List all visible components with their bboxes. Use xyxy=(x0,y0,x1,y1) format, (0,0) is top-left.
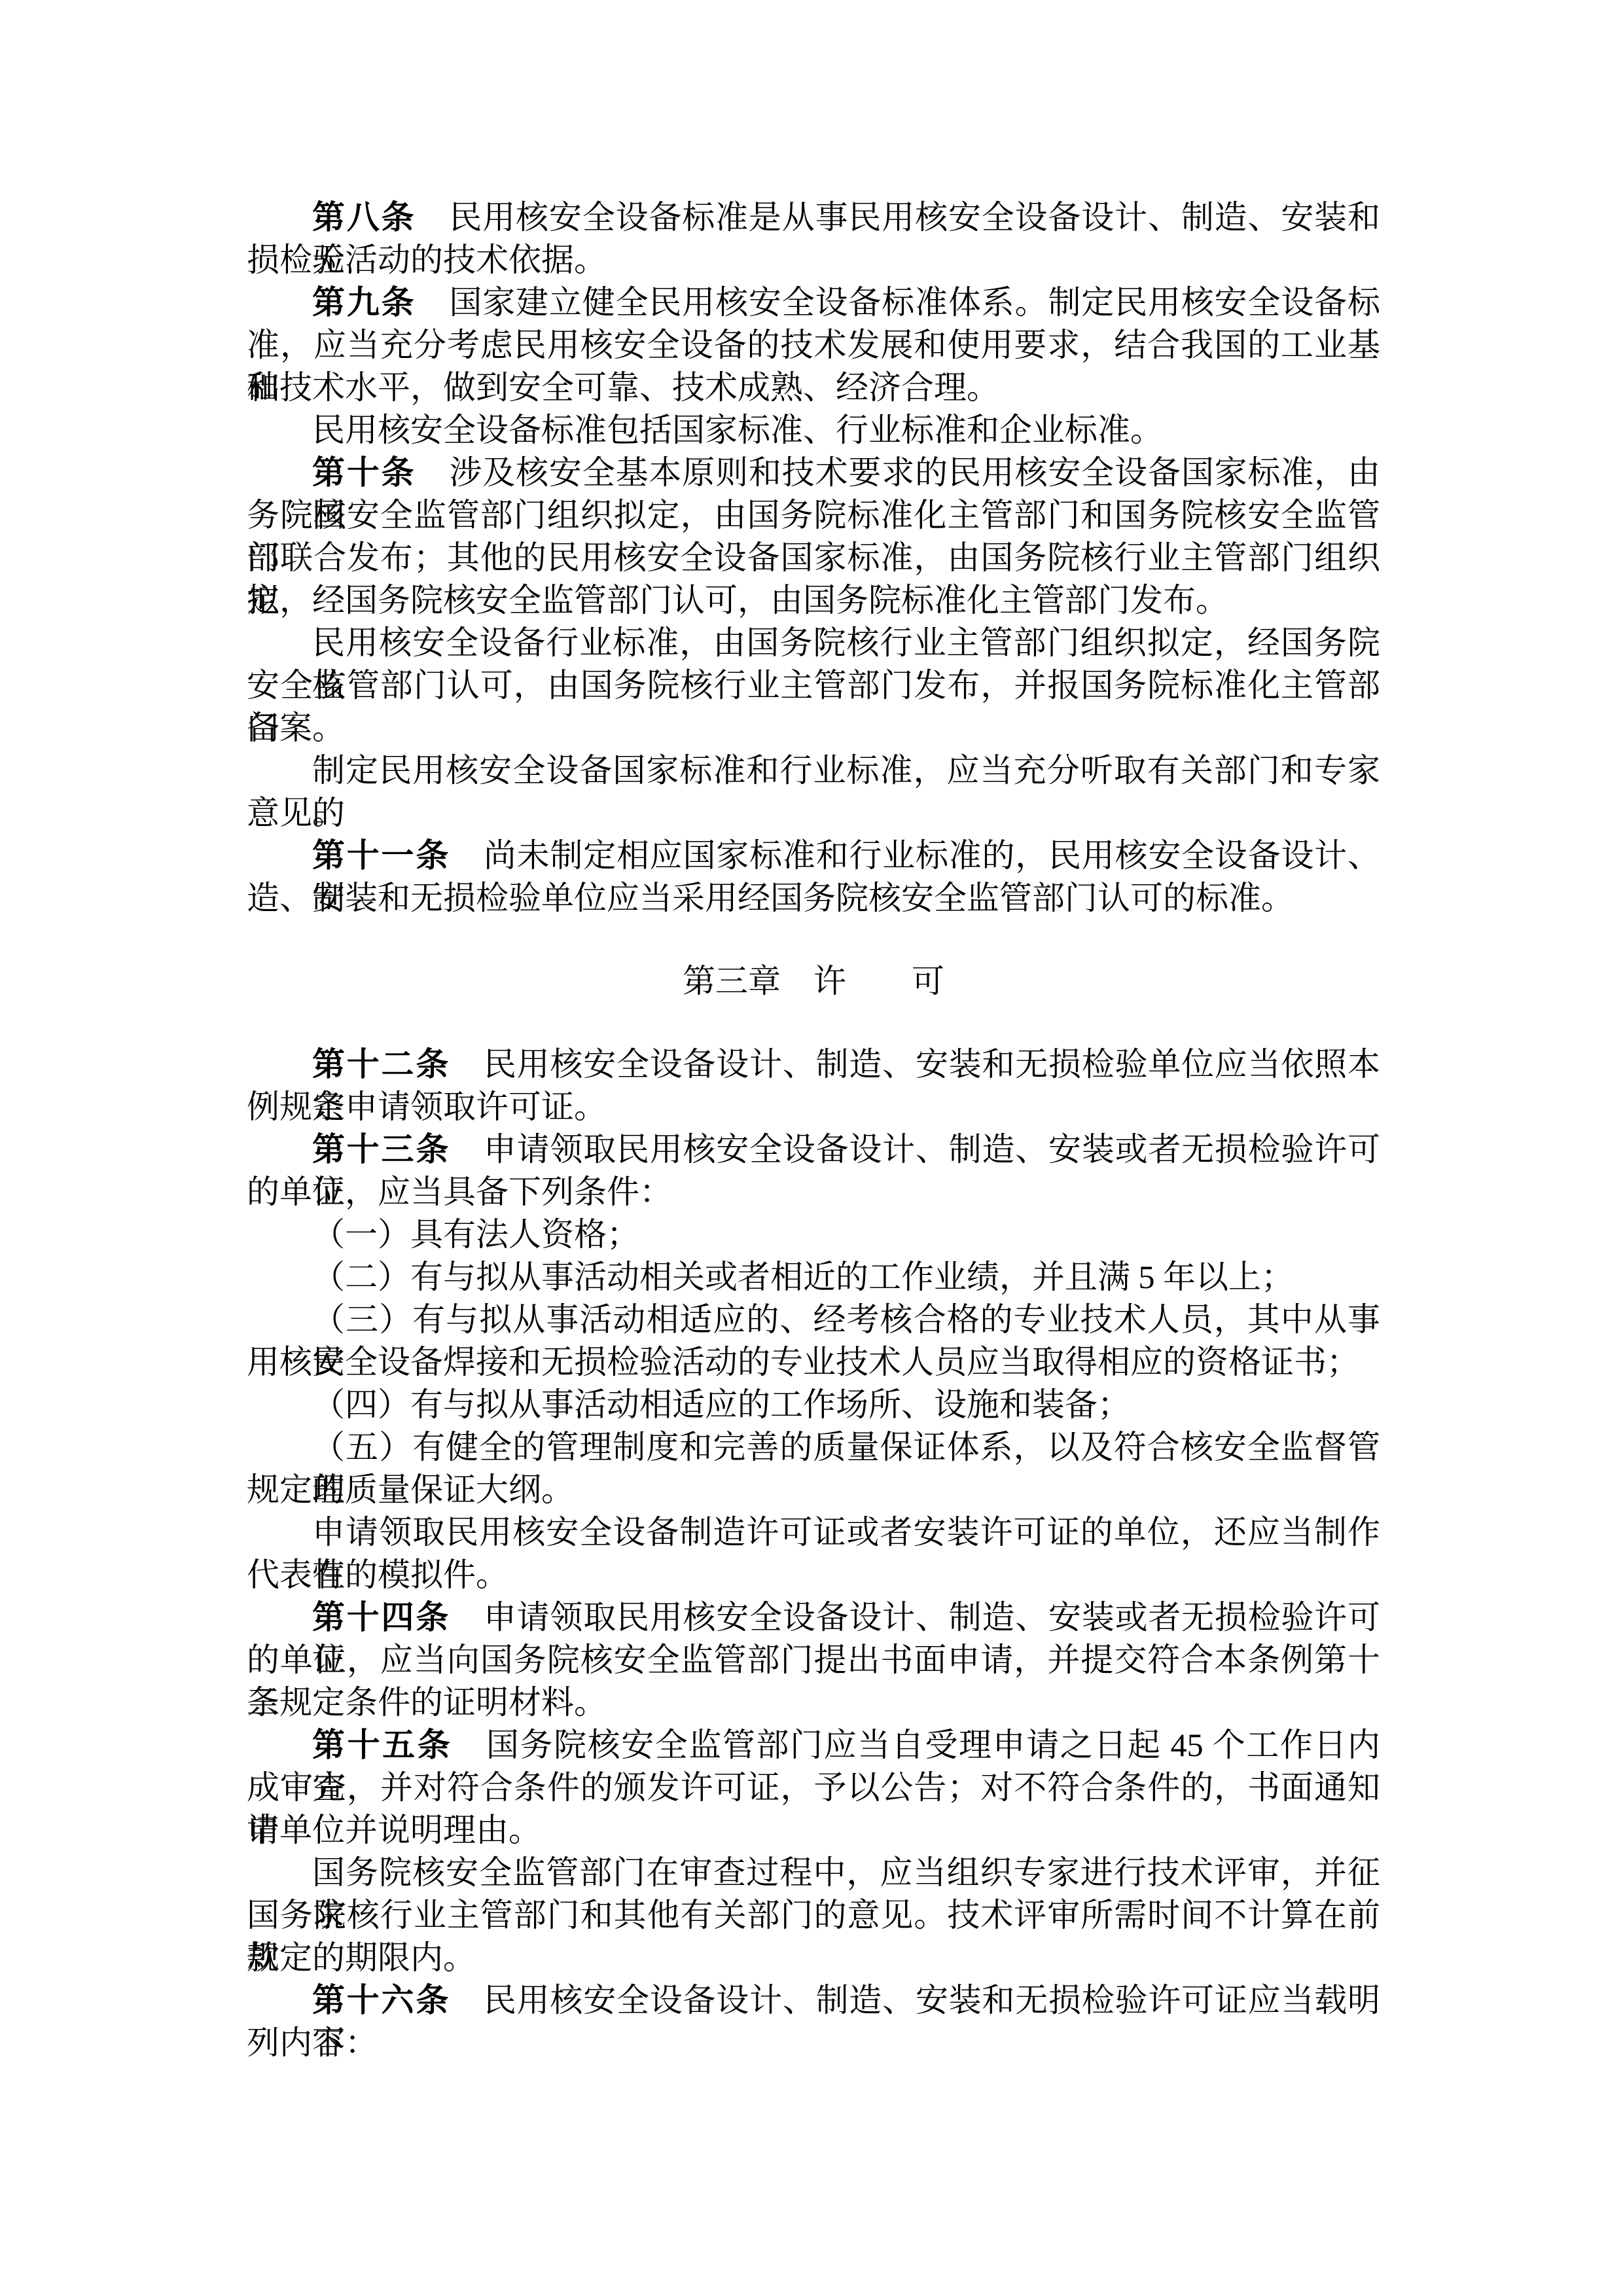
document-line: （二）有与拟从事活动相关或者相近的工作业绩，并且满 5 年以上； xyxy=(247,1256,1380,1299)
document-line: 定，经国务院核安全监管部门认可，由国务院标准化主管部门发布。 xyxy=(247,579,1380,622)
article-number: 第十条 xyxy=(312,454,416,491)
document-line: 代表性的模拟件。 xyxy=(247,1554,1380,1596)
document-line: 条规定条件的证明材料。 xyxy=(247,1681,1380,1724)
document-line: 请单位并说明理由。 xyxy=(247,1809,1380,1852)
article-paragraph-line: 第十三条 申请领取民用核安全设备设计、制造、安装或者无损检验许可证 xyxy=(247,1128,1380,1171)
article-number: 第八条 xyxy=(312,199,416,236)
document-line: 制定民用核安全设备国家标准和行业标准，应当充分听取有关部门和专家的 xyxy=(247,749,1380,792)
document-line: 损检验活动的技术依据。 xyxy=(247,239,1380,281)
article-paragraph-line: 第八条 民用核安全设备标准是从事民用核安全设备设计、制造、安装和无 xyxy=(247,196,1380,239)
article-paragraph-line: 第十五条 国务院核安全监管部门应当自受理申请之日起 45 个工作日内完 xyxy=(247,1724,1380,1767)
document-page: 第八条 民用核安全设备标准是从事民用核安全设备设计、制造、安装和无损检验活动的技… xyxy=(0,0,1623,2296)
document-line: 国务院核安全监管部门在审查过程中，应当组织专家进行技术评审，并征求 xyxy=(247,1852,1380,1894)
article-number: 第十四条 xyxy=(312,1599,450,1636)
article-paragraph-line: 第十二条 民用核安全设备设计、制造、安装和无损检验单位应当依照本条 xyxy=(247,1043,1380,1086)
article-paragraph-line: 第十条 涉及核安全基本原则和技术要求的民用核安全设备国家标准，由国 xyxy=(247,452,1380,494)
document-line: 规定的质量保证大纲。 xyxy=(247,1469,1380,1511)
document-line: 申请领取民用核安全设备制造许可证或者安装许可证的单位，还应当制作有 xyxy=(247,1511,1380,1554)
article-number: 第十一条 xyxy=(312,837,450,874)
document-line: 民用核安全设备标准包括国家标准、行业标准和企业标准。 xyxy=(247,409,1380,452)
document-line: 备案。 xyxy=(247,707,1380,749)
document-line: 安全监管部门认可，由国务院核行业主管部门发布，并报国务院标准化主管部门 xyxy=(247,664,1380,707)
document-line: （五）有健全的管理制度和完善的质量保证体系，以及符合核安全监督管理 xyxy=(247,1426,1380,1469)
article-paragraph-line: 第九条 国家建立健全民用核安全设备标准体系。制定民用核安全设备标 xyxy=(247,281,1380,324)
document-line: 造、安装和无损检验单位应当采用经国务院核安全监管部门认可的标准。 xyxy=(247,877,1380,920)
document-line: 门联合发布；其他的民用核安全设备国家标准，由国务院核行业主管部门组织拟 xyxy=(247,537,1380,579)
document-body: 第八条 民用核安全设备标准是从事民用核安全设备设计、制造、安装和无损检验活动的技… xyxy=(247,196,1380,2064)
document-line: 规定的期限内。 xyxy=(247,1937,1380,1979)
article-number: 第十三条 xyxy=(312,1131,450,1168)
article-paragraph-line: 第十一条 尚未制定相应国家标准和行业标准的，民用核安全设备设计、制 xyxy=(247,834,1380,877)
document-line: 的单位，应当具备下列条件： xyxy=(247,1171,1380,1213)
article-number: 第九条 xyxy=(312,284,416,321)
document-line: （三）有与拟从事活动相适应的、经考核合格的专业技术人员，其中从事民 xyxy=(247,1299,1380,1341)
article-paragraph-line: 第十六条 民用核安全设备设计、制造、安装和无损检验许可证应当载明下 xyxy=(247,1979,1380,2022)
article-number: 第十六条 xyxy=(312,1982,450,2018)
document-line: （一）具有法人资格； xyxy=(247,1213,1380,1256)
chapter-heading: 第三章 许 可 xyxy=(247,960,1380,1003)
document-line: 意见。 xyxy=(247,792,1380,834)
article-number: 第十二条 xyxy=(312,1046,450,1083)
document-line: 列内容： xyxy=(247,2022,1380,2064)
document-line: 用核安全设备焊接和无损检验活动的专业技术人员应当取得相应的资格证书； xyxy=(247,1341,1380,1384)
document-line: 准，应当充分考虑民用核安全设备的技术发展和使用要求，结合我国的工业基础 xyxy=(247,324,1380,367)
document-line: 民用核安全设备行业标准，由国务院核行业主管部门组织拟定，经国务院核 xyxy=(247,622,1380,664)
article-paragraph-line: 第十四条 申请领取民用核安全设备设计、制造、安装或者无损检验许可证 xyxy=(247,1596,1380,1639)
document-line: 例规定申请领取许可证。 xyxy=(247,1086,1380,1128)
document-line: （四）有与拟从事活动相适应的工作场所、设施和装备； xyxy=(247,1384,1380,1426)
document-line: 成审查，并对符合条件的颁发许可证，予以公告；对不符合条件的，书面通知申 xyxy=(247,1767,1380,1809)
article-number: 第十五条 xyxy=(312,1727,452,1763)
document-line: 务院核安全监管部门组织拟定，由国务院标准化主管部门和国务院核安全监管部 xyxy=(247,494,1380,537)
document-line: 和技术水平，做到安全可靠、技术成熟、经济合理。 xyxy=(247,367,1380,409)
document-line: 国务院核行业主管部门和其他有关部门的意见。技术评审所需时间不计算在前款 xyxy=(247,1894,1380,1937)
document-line: 的单位，应当向国务院核安全监管部门提出书面申请，并提交符合本条例第十三 xyxy=(247,1639,1380,1681)
